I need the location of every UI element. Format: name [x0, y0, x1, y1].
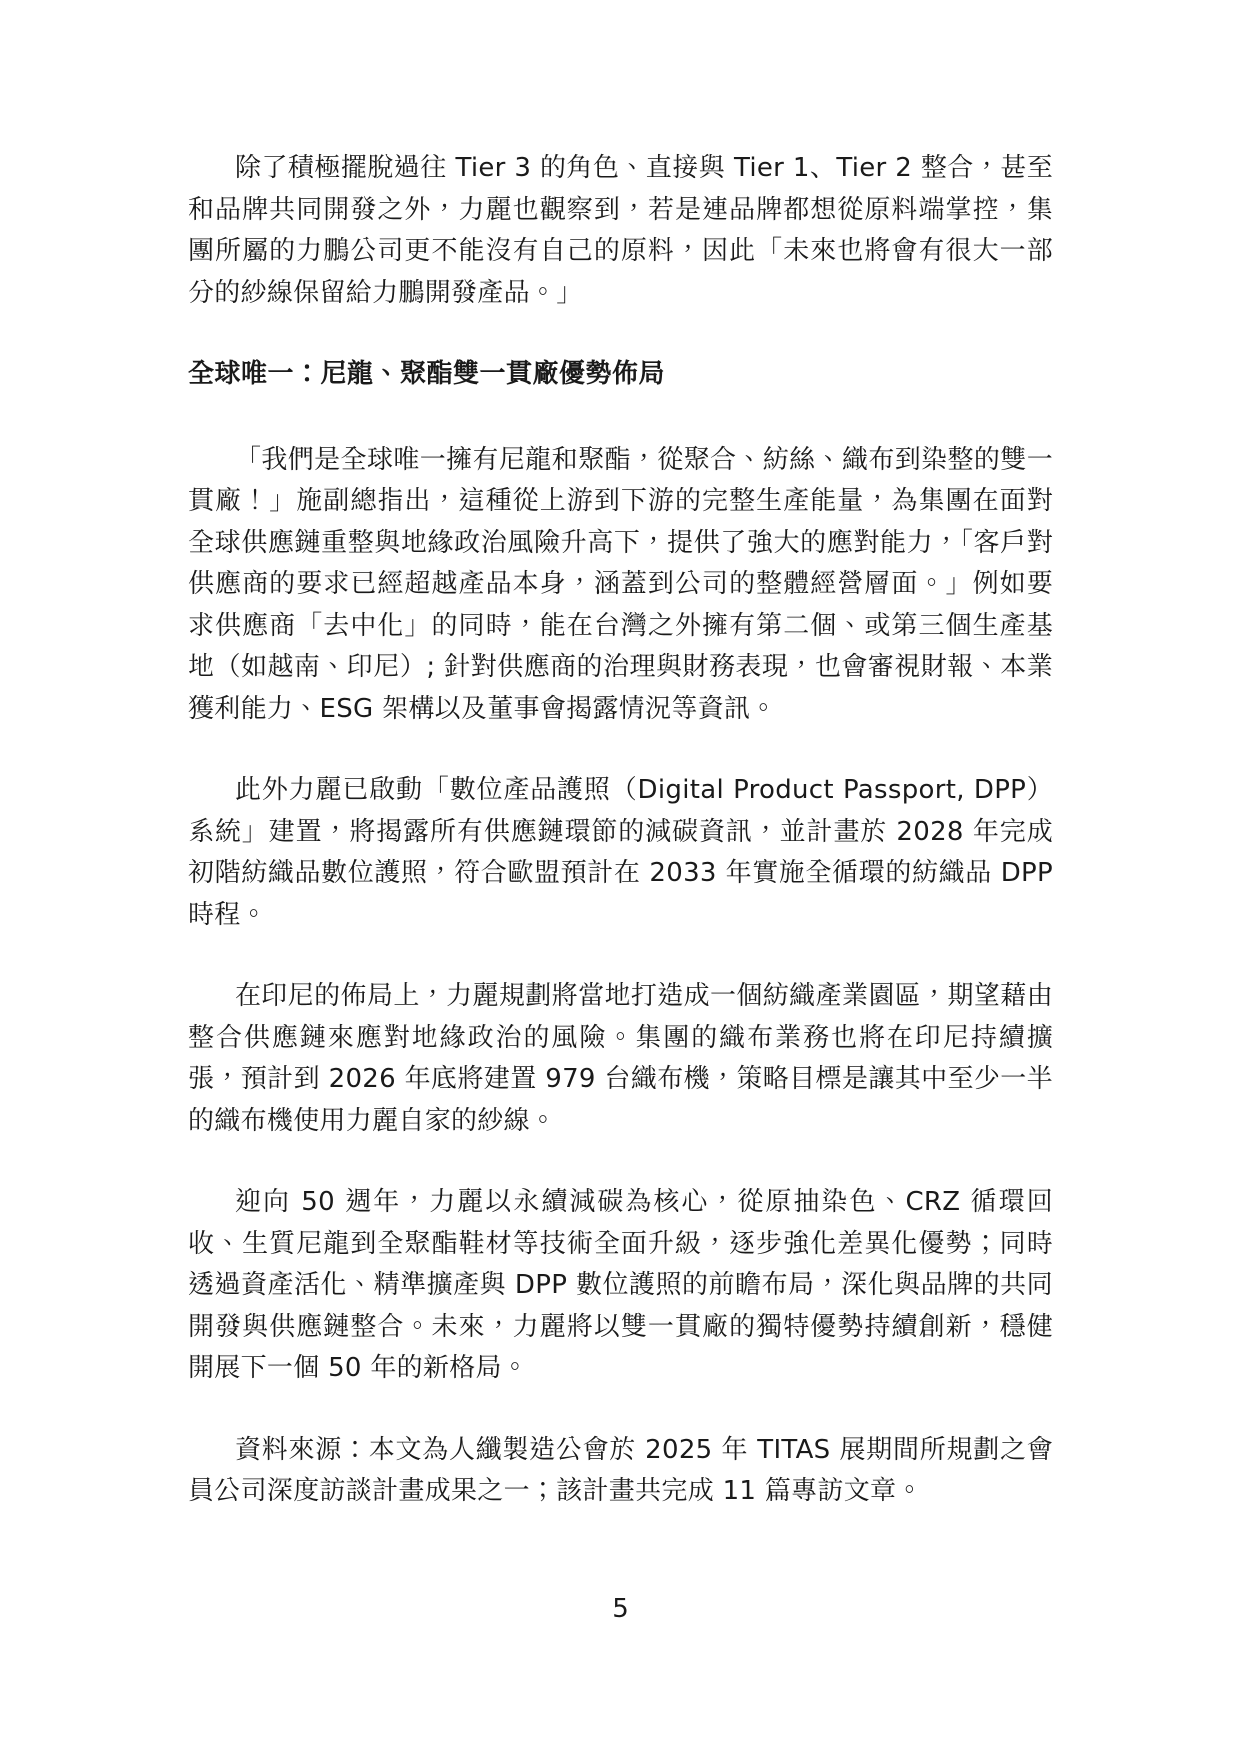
section-heading: 全球唯一：尼龍、聚酯雙一貫廠優勢佈局	[188, 354, 1053, 396]
document-page: 除了積極擺脫過往 Tier 3 的角色、直接與 Tier 1、Tier 2 整合…	[0, 0, 1241, 1755]
body-paragraph-indonesia: 在印尼的佈局上，力麗規劃將當地打造成一個紡織產業園區，期望藉由整合供應鏈來應對地…	[188, 976, 1053, 1142]
body-paragraph-dpp: 此外力麗已啟動「數位產品護照（Digital Product Passport,…	[188, 770, 1053, 936]
page-number: 5	[612, 1594, 629, 1624]
body-paragraph-quote: 「我們是全球唯一擁有尼龍和聚酯，從聚合、紡絲、織布到染整的雙一貫廠！」施副總指出…	[188, 440, 1053, 731]
body-paragraph-anniversary: 迎向 50 週年，力麗以永續減碳為核心，從原抽染色、CRZ 循環回收、生質尼龍到…	[188, 1182, 1053, 1390]
source-note-paragraph: 資料來源：本文為人纖製造公會於 2025 年 TITAS 展期間所規劃之會員公司…	[188, 1430, 1053, 1513]
page-footer: 5	[0, 1594, 1241, 1624]
intro-paragraph: 除了積極擺脫過往 Tier 3 的角色、直接與 Tier 1、Tier 2 整合…	[188, 148, 1053, 314]
